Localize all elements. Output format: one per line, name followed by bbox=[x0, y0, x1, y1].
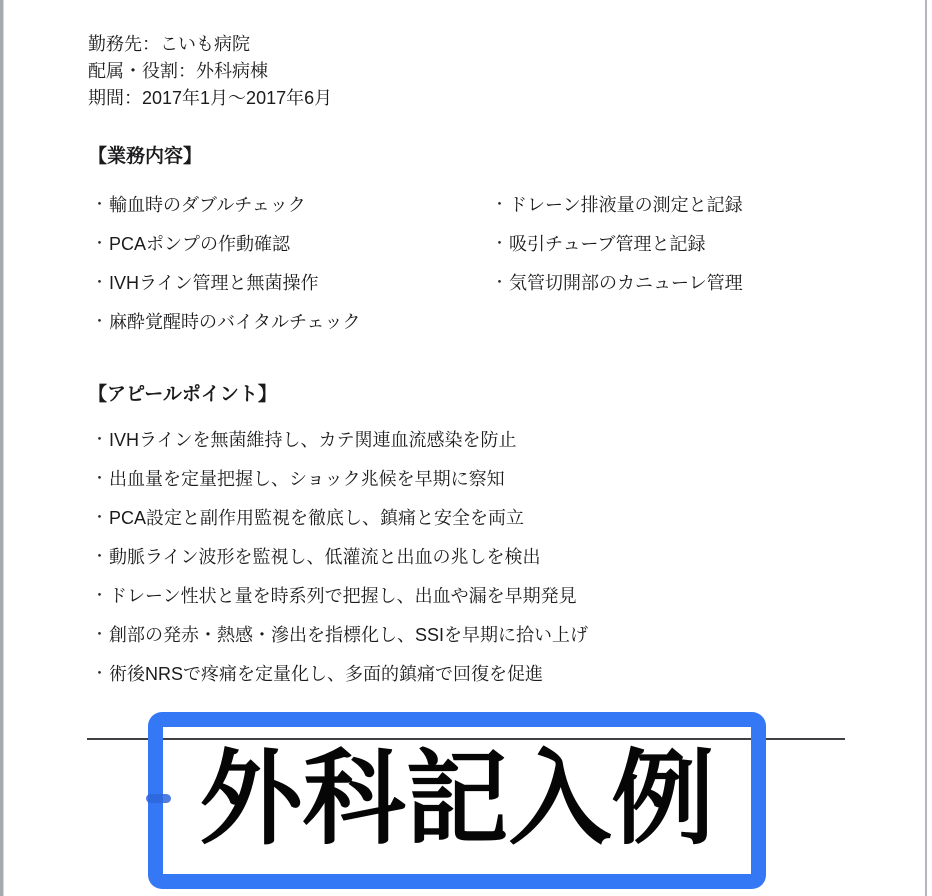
appeal-item: ・ 出血量を定量把握し、ショック兆候を早期に察知 bbox=[92, 458, 588, 497]
duties-section-heading: 【業務内容】 bbox=[88, 145, 202, 169]
employment-info: 勤務先：こいも病院 配属・役割：外科病棟 期間：2017年1月〜2017年6月 bbox=[88, 31, 332, 112]
bullet-dot: ・ bbox=[492, 271, 509, 292]
appeal-item: ・ 術後NRSで疼痛を定量化し、多面的鎮痛で回復を促進 bbox=[92, 653, 588, 692]
page-right-border bbox=[925, 0, 927, 896]
duty-item: ・ IVHライン管理と無菌操作 bbox=[92, 262, 360, 301]
duty-item: ・ PCAポンプの作動確認 bbox=[92, 223, 360, 262]
duty-item: ・ 気管切開部のカニューレ管理 bbox=[492, 262, 743, 301]
duty-item: ・ ドレーン排液量の測定と記録 bbox=[492, 184, 743, 223]
duty-item: ・ 吸引チューブ管理と記録 bbox=[492, 223, 743, 262]
bullet-dot: ・ bbox=[92, 584, 109, 605]
duty-item-text: 麻酔覚醒時のバイタルチェック bbox=[109, 308, 360, 334]
appeal-item-text: PCA設定と副作用監視を徹底し、鎮痛と安全を両立 bbox=[109, 504, 524, 530]
duties-right-column: ・ ドレーン排液量の測定と記録 ・ 吸引チューブ管理と記録 ・ 気管切開部のカニ… bbox=[492, 184, 743, 301]
appeal-item-text: 創部の発赤・熱感・滲出を指標化し、SSIを早期に拾い上げ bbox=[109, 621, 588, 647]
resume-document-page: 勤務先：こいも病院 配属・役割：外科病棟 期間：2017年1月〜2017年6月 … bbox=[0, 0, 932, 896]
period-line: 期間：2017年1月〜2017年6月 bbox=[88, 85, 332, 112]
duty-item-text: IVHライン管理と無菌操作 bbox=[109, 269, 318, 295]
bullet-dot: ・ bbox=[92, 506, 109, 527]
bullet-dot: ・ bbox=[92, 193, 109, 214]
bullet-dot: ・ bbox=[492, 193, 509, 214]
bullet-dot: ・ bbox=[92, 310, 109, 331]
appeal-item: ・ PCA設定と副作用監視を徹底し、鎮痛と安全を両立 bbox=[92, 497, 588, 536]
annotation-resize-handle[interactable] bbox=[146, 794, 171, 803]
bullet-dot: ・ bbox=[92, 623, 109, 644]
appeal-item-text: ドレーン性状と量を時系列で把握し、出血や漏を早期発見 bbox=[109, 582, 577, 608]
annotation-highlight-box[interactable]: 外科記入例 bbox=[148, 712, 766, 889]
appeal-points-list: ・ IVHラインを無菌維持し、カテ関連血流感染を防止 ・ 出血量を定量把握し、シ… bbox=[92, 419, 588, 692]
duty-item: ・ 麻酔覚醒時のバイタルチェック bbox=[92, 301, 360, 340]
bullet-dot: ・ bbox=[92, 545, 109, 566]
workplace-line: 勤務先：こいも病院 bbox=[88, 31, 332, 58]
appeal-item: ・ IVHラインを無菌維持し、カテ関連血流感染を防止 bbox=[92, 419, 588, 458]
bullet-dot: ・ bbox=[92, 662, 109, 683]
duty-item: ・ 輸血時のダブルチェック bbox=[92, 184, 360, 223]
appeal-item-text: 動脈ライン波形を監視し、低灌流と出血の兆しを検出 bbox=[109, 543, 540, 569]
appeal-item: ・ 創部の発赤・熱感・滲出を指標化し、SSIを早期に拾い上げ bbox=[92, 614, 588, 653]
appeal-item: ・ 動脈ライン波形を監視し、低灌流と出血の兆しを検出 bbox=[92, 536, 588, 575]
bullet-dot: ・ bbox=[92, 467, 109, 488]
duty-item-text: 気管切開部のカニューレ管理 bbox=[509, 269, 743, 295]
appeal-section-heading: 【アピールポイント】 bbox=[88, 383, 277, 407]
duty-item-text: 輸血時のダブルチェック bbox=[109, 191, 306, 217]
duty-item-text: 吸引チューブ管理と記録 bbox=[509, 230, 706, 256]
duties-left-column: ・ 輸血時のダブルチェック ・ PCAポンプの作動確認 ・ IVHライン管理と無… bbox=[92, 184, 360, 340]
appeal-item: ・ ドレーン性状と量を時系列で把握し、出血や漏を早期発見 bbox=[92, 575, 588, 614]
annotation-label: 外科記入例 bbox=[200, 747, 715, 850]
appeal-item-text: IVHラインを無菌維持し、カテ関連血流感染を防止 bbox=[109, 426, 516, 452]
appeal-item-text: 出血量を定量把握し、ショック兆候を早期に察知 bbox=[109, 465, 505, 491]
bullet-dot: ・ bbox=[492, 232, 509, 253]
duty-item-text: ドレーン排液量の測定と記録 bbox=[509, 191, 743, 217]
duty-item-text: PCAポンプの作動確認 bbox=[109, 230, 290, 256]
appeal-item-text: 術後NRSで疼痛を定量化し、多面的鎮痛で回復を促進 bbox=[109, 660, 543, 686]
window-left-edge-highlight bbox=[3, 0, 4, 896]
bullet-dot: ・ bbox=[92, 271, 109, 292]
assignment-line: 配属・役割：外科病棟 bbox=[88, 58, 332, 85]
bullet-dot: ・ bbox=[92, 232, 109, 253]
bullet-dot: ・ bbox=[92, 428, 109, 449]
